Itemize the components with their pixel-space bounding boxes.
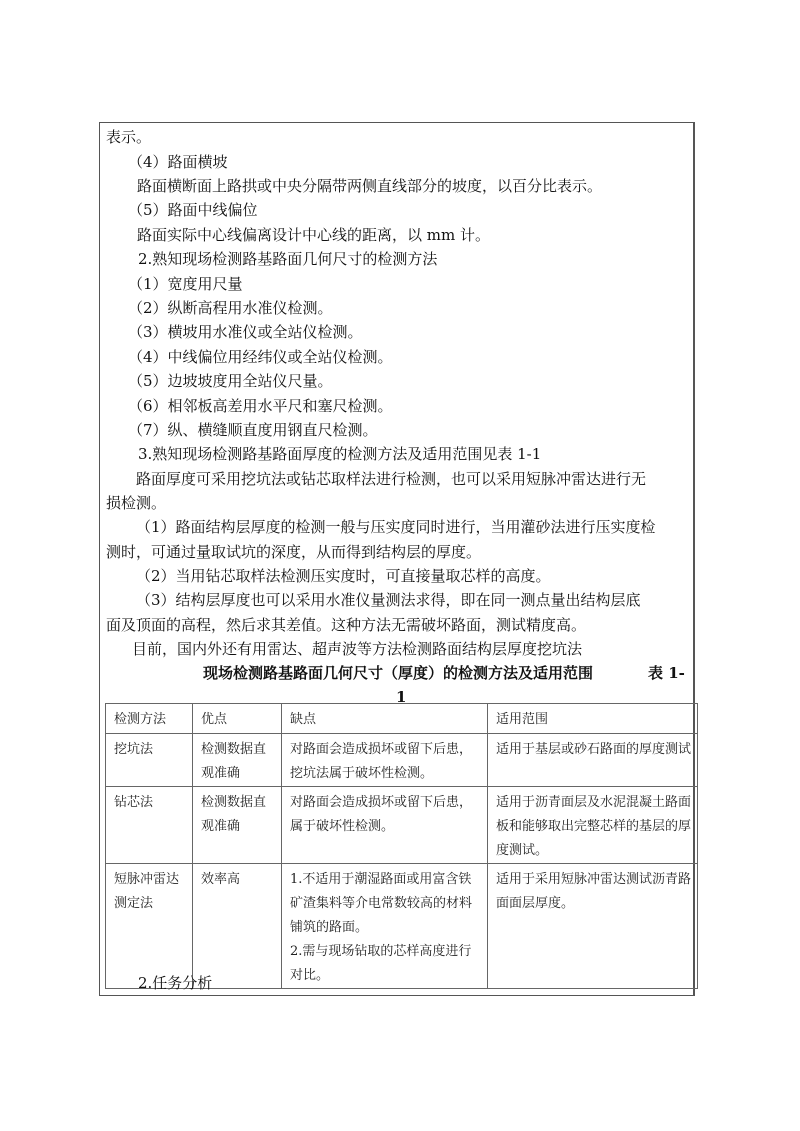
cell-text: 观准确 xyxy=(201,762,273,786)
cell-text: 挖坑法属于破坏性检测。 xyxy=(290,762,479,786)
paragraph-line: 2.熟知现场检测路基路面几何尺寸的检测方法 xyxy=(138,249,437,269)
header-disadvantages: 缺点 xyxy=(282,704,488,734)
cell-text: 短脉冲雷达 xyxy=(114,868,184,892)
cell-advantages: 检测数据直观准确 xyxy=(193,734,282,787)
paragraph-line: （1）路面结构层厚度的检测一般与压实度同时进行，当用灌砂法进行压实度检 xyxy=(136,517,656,537)
table-caption-title: 现场检测路基路面几何尺寸（厚度）的检测方法及适用范围 xyxy=(203,663,593,683)
cell-text: 钻芯法 xyxy=(114,791,184,815)
paragraph-line: （2）当用钻芯取样法检测压实度时，可直接量取芯样的高度。 xyxy=(136,566,551,586)
paragraph-line: 损检测。 xyxy=(106,493,166,513)
table-row: 短脉冲雷达测定法 效率高 1.不适用于潮湿路面或用富含铁矿渣集料等介电常数较高的… xyxy=(106,864,698,989)
cell-disadvantages: 1.不适用于潮湿路面或用富含铁矿渣集料等介电常数较高的材料铺筑的路面。2.需与现… xyxy=(282,864,488,989)
paragraph-line: （3）横坡用水准仪或全站仪检测。 xyxy=(128,322,363,342)
cell-text: 属于破坏性检测。 xyxy=(290,815,479,839)
paragraph-line: 路面厚度可采用挖坑法或钻芯取样法进行检测，也可以采用短脉冲雷达进行无 xyxy=(136,469,646,489)
cell-text: 观准确 xyxy=(201,815,273,839)
cell-text: 检测数据直 xyxy=(201,791,273,815)
cell-text: 铺筑的路面。 xyxy=(290,916,479,940)
table-row: 钻芯法 检测数据直观准确 对路面会造成损坏或留下后患，属于破坏性检测。 适用于沥… xyxy=(106,787,698,864)
cell-text: 对比。 xyxy=(290,964,479,988)
table-header-row: 检测方法 优点 缺点 适用范围 xyxy=(106,704,698,734)
paragraph-line: （3）结构层厚度也可以采用水准仪量测法求得，即在同一测点量出结构层底 xyxy=(136,590,641,610)
paragraph-line: （7）纵、横缝顺直度用钢直尺检测。 xyxy=(128,420,378,440)
cell-disadvantages: 对路面会造成损坏或留下后患，挖坑法属于破坏性检测。 xyxy=(282,734,488,787)
detection-methods-table: 检测方法 优点 缺点 适用范围 挖坑法 检测数据直观准确 对路面会造成损坏或留下… xyxy=(105,703,698,989)
cell-text: 度测试。 xyxy=(496,839,689,863)
cell-text: 对路面会造成损坏或留下后患， xyxy=(290,738,479,762)
cell-text: 矿渣集料等介电常数较高的材料 xyxy=(290,892,479,916)
cell-method: 钻芯法 xyxy=(106,787,193,864)
paragraph-line: 路面实际中心线偏离设计中心线的距离，以 mm 计。 xyxy=(137,225,490,245)
paragraph-line: （5）路面中线偏位 xyxy=(128,200,258,220)
cell-scope: 适用于采用短脉冲雷达测试沥青路面面层厚度。 xyxy=(488,864,698,989)
paragraph-line: （6）相邻板高差用水平尺和塞尺检测。 xyxy=(128,396,393,416)
table-caption-number: 表 1- xyxy=(648,663,685,683)
cell-method: 挖坑法 xyxy=(106,734,193,787)
cell-text: 2.需与现场钻取的芯样高度进行 xyxy=(290,940,479,964)
cell-text: 测定法 xyxy=(114,892,184,916)
cell-text: 板和能够取出完整芯样的基层的厚 xyxy=(496,815,689,839)
cell-text: 适用于沥青面层及水泥混凝土路面 xyxy=(496,791,689,815)
cell-method: 短脉冲雷达测定法 xyxy=(106,864,193,989)
section-heading-task-analysis: 2.任务分析 xyxy=(138,973,212,993)
cell-text: 1.不适用于潮湿路面或用富含铁 xyxy=(290,868,479,892)
cell-scope: 适用于沥青面层及水泥混凝土路面板和能够取出完整芯样的基层的厚度测试。 xyxy=(488,787,698,864)
cell-scope: 适用于基层或砂石路面的厚度测试 xyxy=(488,734,698,787)
paragraph-line: 路面横断面上路拱或中央分隔带两侧直线部分的坡度，以百分比表示。 xyxy=(137,176,602,196)
header-scope: 适用范围 xyxy=(488,704,698,734)
header-method: 检测方法 xyxy=(106,704,193,734)
cell-text: 检测数据直 xyxy=(201,738,273,762)
cell-text: 效率高 xyxy=(201,868,273,892)
paragraph-line: （1）宽度用尺量 xyxy=(128,274,243,294)
paragraph-line: （4）路面横坡 xyxy=(128,152,228,172)
cell-text: 面面层厚度。 xyxy=(496,892,689,916)
paragraph-line: 测时，可通过量取试坑的深度，从而得到结构层的厚度。 xyxy=(106,542,481,562)
paragraph-line: 目前，国内外还有用雷达、超声波等方法检测路面结构层厚度挖坑法 xyxy=(132,639,582,659)
paragraph-line: 面及顶面的高程，然后求其差值。这种方法无需破坏路面，测试精度高。 xyxy=(106,615,586,635)
cell-disadvantages: 对路面会造成损坏或留下后患，属于破坏性检测。 xyxy=(282,787,488,864)
paragraph-line: （5）边坡坡度用全站仪尺量。 xyxy=(128,371,333,391)
cell-text: 对路面会造成损坏或留下后患， xyxy=(290,791,479,815)
cell-advantages: 检测数据直观准确 xyxy=(193,787,282,864)
header-advantages: 优点 xyxy=(193,704,282,734)
cell-text: 挖坑法 xyxy=(114,738,184,762)
cell-text: 适用于采用短脉冲雷达测试沥青路 xyxy=(496,868,689,892)
paragraph-line: 表示。 xyxy=(106,127,151,147)
cell-text: 适用于基层或砂石路面的厚度测试 xyxy=(496,738,689,762)
paragraph-line: 3.熟知现场检测路基路面厚度的检测方法及适用范围见表 1-1 xyxy=(138,444,541,464)
cell-advantages: 效率高 xyxy=(193,864,282,989)
table-row: 挖坑法 检测数据直观准确 对路面会造成损坏或留下后患，挖坑法属于破坏性检测。 适… xyxy=(106,734,698,787)
paragraph-line: （2）纵断高程用水准仪检测。 xyxy=(128,298,333,318)
paragraph-line: （4）中线偏位用经纬仪或全站仪检测。 xyxy=(128,347,393,367)
